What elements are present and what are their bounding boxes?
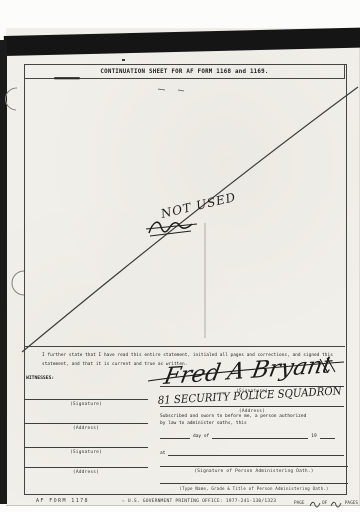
day-blank-line	[160, 433, 190, 439]
statement-line-1: I further state that I have read this en…	[42, 351, 342, 360]
year-blank-line	[320, 433, 335, 439]
of-label: OF	[322, 501, 327, 506]
scanner-edge-bar-left	[0, 40, 7, 504]
form-title: CONTINUATION SHEET FOR AF FORM 1168 and …	[100, 69, 268, 75]
field-label: (Address)	[24, 468, 148, 475]
pages-label: PAGES	[345, 501, 358, 506]
page-label: PAGE	[294, 501, 305, 506]
field-label: (Type Name, Grade & Title of Person Admi…	[160, 484, 348, 491]
statement-line-2: statement, and that it is current and tr…	[42, 360, 342, 369]
day-of-label: day of	[190, 434, 212, 439]
year-label: 19	[308, 434, 319, 439]
oath-clause: Subscribed and sworn to before me, a per…	[160, 413, 306, 427]
printing-office-line: ☆ U.S. GOVERNMENT PRINTING OFFICE: 1977-…	[122, 499, 276, 504]
field-label: (Signature)	[24, 400, 148, 407]
witnesses-heading: WITNESSES:	[26, 376, 54, 381]
field-label: (Signature)	[160, 387, 344, 394]
witness-slot-3: (Signature)	[24, 447, 148, 455]
form-number: AF FORM 1178	[36, 498, 89, 504]
oath-date-row: day of 19	[160, 433, 350, 439]
witness-slot-4: (Address)	[24, 467, 148, 475]
form-header: CONTINUATION SHEET FOR AF FORM 1168 and …	[24, 64, 345, 79]
scanned-document-page: CONTINUATION SHEET FOR AF FORM 1168 and …	[0, 0, 360, 512]
affirmation-statement: I further state that I have read this en…	[42, 351, 342, 369]
place-blank-line	[168, 450, 344, 456]
witness-slot-1: (Signature)	[24, 399, 148, 407]
oath-place-row: at	[160, 450, 348, 456]
oath-typed-name-slot: (Type Name, Grade & Title of Person Admi…	[160, 483, 348, 491]
oath-clause-line-1: Subscribed and sworn to before me, a per…	[160, 413, 306, 420]
at-label: at	[160, 451, 168, 456]
page-count-line: PAGE OF PAGES	[294, 501, 358, 506]
field-label: (Signature)	[24, 448, 148, 455]
month-blank-line	[212, 433, 308, 439]
statement-section-divider	[24, 346, 345, 347]
oath-signature-slot: (Signature of Person Administering Oath.…	[160, 466, 348, 474]
field-label: (Address)	[24, 424, 148, 431]
subject-signature-slot: (Signature)	[160, 386, 344, 394]
witness-slot-2: (Address)	[24, 423, 148, 431]
oath-clause-line-2: by law to administer oaths, this	[160, 420, 306, 427]
field-label: (Signature of Person Administering Oath.…	[160, 467, 348, 474]
